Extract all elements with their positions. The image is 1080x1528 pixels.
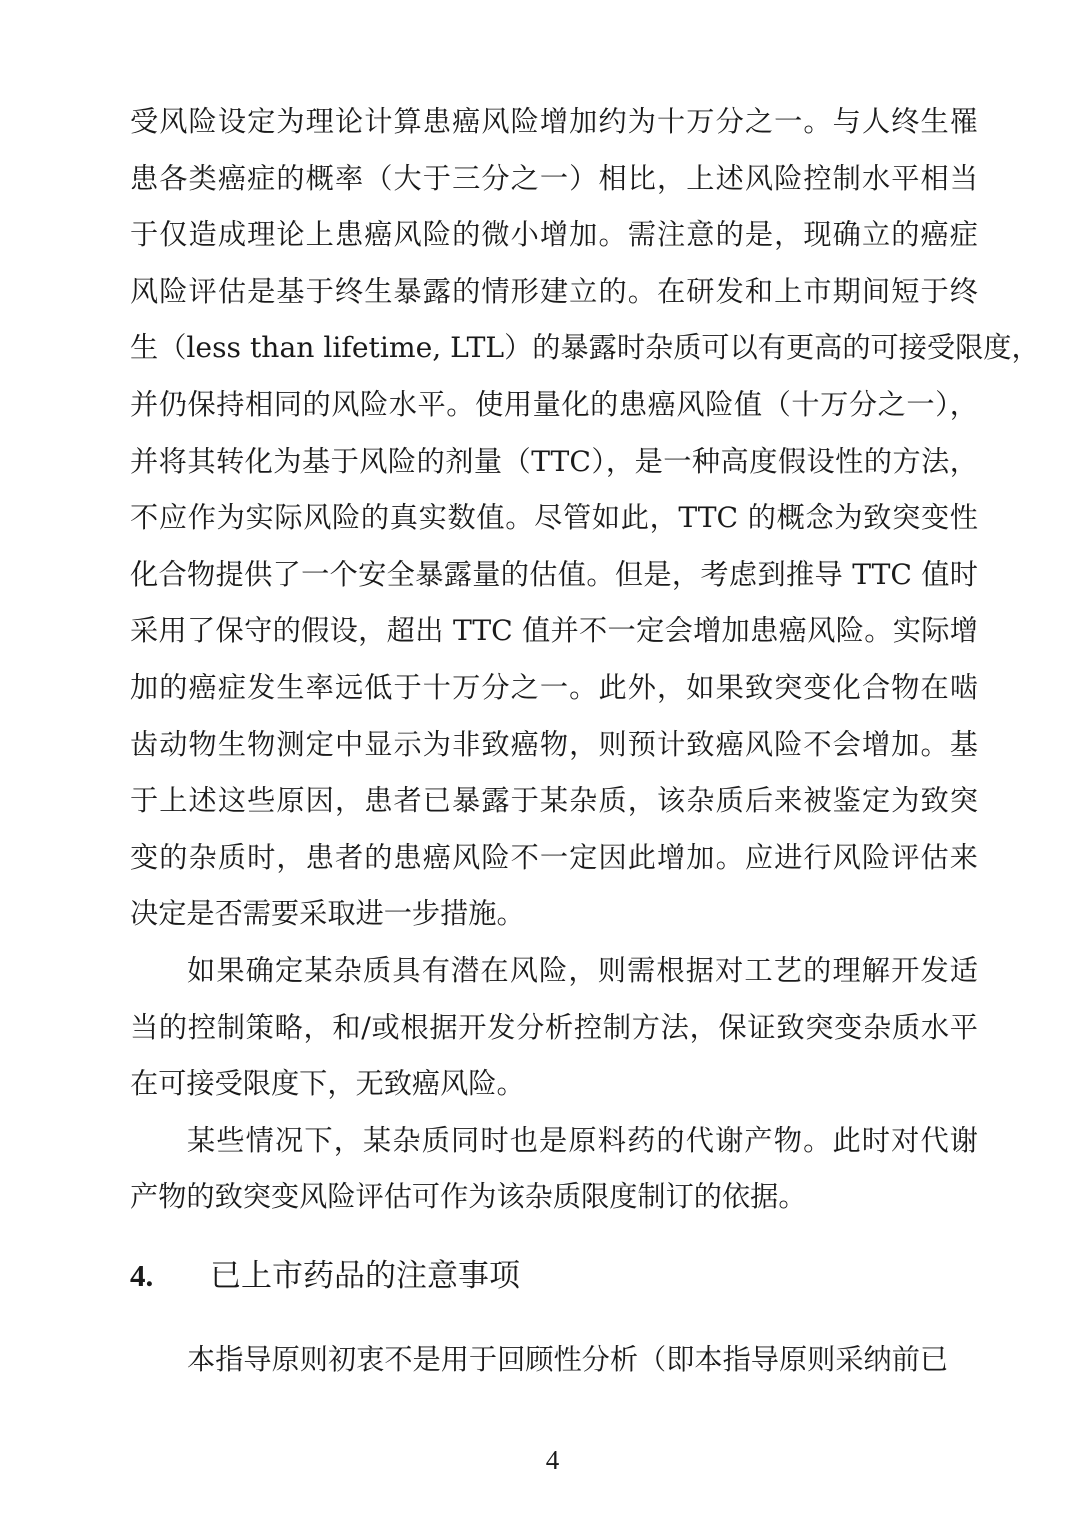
text-line: 采用了保守的假设，超出 TTC 值并不一定会增加患癌风险。实际增	[130, 607, 978, 664]
section-heading: 4. 已上市药品的注意事项	[130, 1252, 520, 1300]
page-number: 4	[0, 1440, 1080, 1480]
text-line: 本指导原则初衷不是用于回顾性分析（即本指导原则采纳前已	[130, 1336, 978, 1393]
text-line: 变的杂质时，患者的患癌风险不一定因此增加。应进行风险评估来	[130, 834, 978, 891]
text-line: 受风险设定为理论计算患癌风险增加约为十万分之一。与人终生罹	[130, 98, 978, 155]
text-line: 生（less than lifetime, LTL）的暴露时杂质可以有更高的可接…	[130, 324, 978, 381]
text-line: 并将其转化为基于风险的剂量（TTC），是一种高度假设性的方法，	[130, 438, 978, 495]
text-line: 不应作为实际风险的真实数值。尽管如此，TTC 的概念为致突变性	[130, 494, 978, 551]
text-line: 于上述这些原因，患者已暴露于某杂质，该杂质后来被鉴定为致突	[130, 777, 978, 834]
text-line: 当的控制策略，和/或根据开发分析控制方法，保证致突变杂质水平	[130, 1004, 978, 1061]
document-body: 受风险设定为理论计算患癌风险增加约为十万分之一。与人终生罹 患各类癌症的概率（大…	[130, 98, 978, 1230]
text-line: 如果确定某杂质具有潜在风险，则需根据对工艺的理解开发适	[130, 947, 978, 1004]
section-number: 4.	[130, 1252, 210, 1300]
text-line: 决定是否需要采取进一步措施。	[130, 890, 978, 947]
text-line: 化合物提供了一个安全暴露量的估值。但是，考虑到推导 TTC 值时	[130, 551, 978, 608]
paragraph-metabolite: 某些情况下，某杂质同时也是原料药的代谢产物。此时对代谢 产物的致突变风险评估可作…	[130, 1117, 978, 1230]
text-line: 产物的致突变风险评估可作为该杂质限度制订的依据。	[130, 1173, 978, 1230]
text-line: 并仍保持相同的风险水平。使用量化的患癌风险值（十万分之一），	[130, 381, 978, 438]
paragraph-marketed-products: 本指导原则初衷不是用于回顾性分析（即本指导原则采纳前已	[130, 1336, 978, 1393]
text-line: 齿动物生物测定中显示为非致癌物，则预计致癌风险不会增加。基	[130, 721, 978, 778]
text-line: 风险评估是基于终生暴露的情形建立的。在研发和上市期间短于终	[130, 268, 978, 325]
paragraph-risk-assessment: 受风险设定为理论计算患癌风险增加约为十万分之一。与人终生罹 患各类癌症的概率（大…	[130, 98, 978, 947]
text-line: 患各类癌症的概率（大于三分之一）相比，上述风险控制水平相当	[130, 155, 978, 212]
section-title: 已上市药品的注意事项	[210, 1252, 520, 1300]
text-line: 某些情况下，某杂质同时也是原料药的代谢产物。此时对代谢	[130, 1117, 978, 1174]
text-line: 加的癌症发生率远低于十万分之一。此外，如果致突变化合物在啮	[130, 664, 978, 721]
text-line: 于仅造成理论上患癌风险的微小增加。需注意的是，现确立的癌症	[130, 211, 978, 268]
paragraph-control-strategy: 如果确定某杂质具有潜在风险，则需根据对工艺的理解开发适 当的控制策略，和/或根据…	[130, 947, 978, 1117]
text-line: 在可接受限度下，无致癌风险。	[130, 1060, 978, 1117]
